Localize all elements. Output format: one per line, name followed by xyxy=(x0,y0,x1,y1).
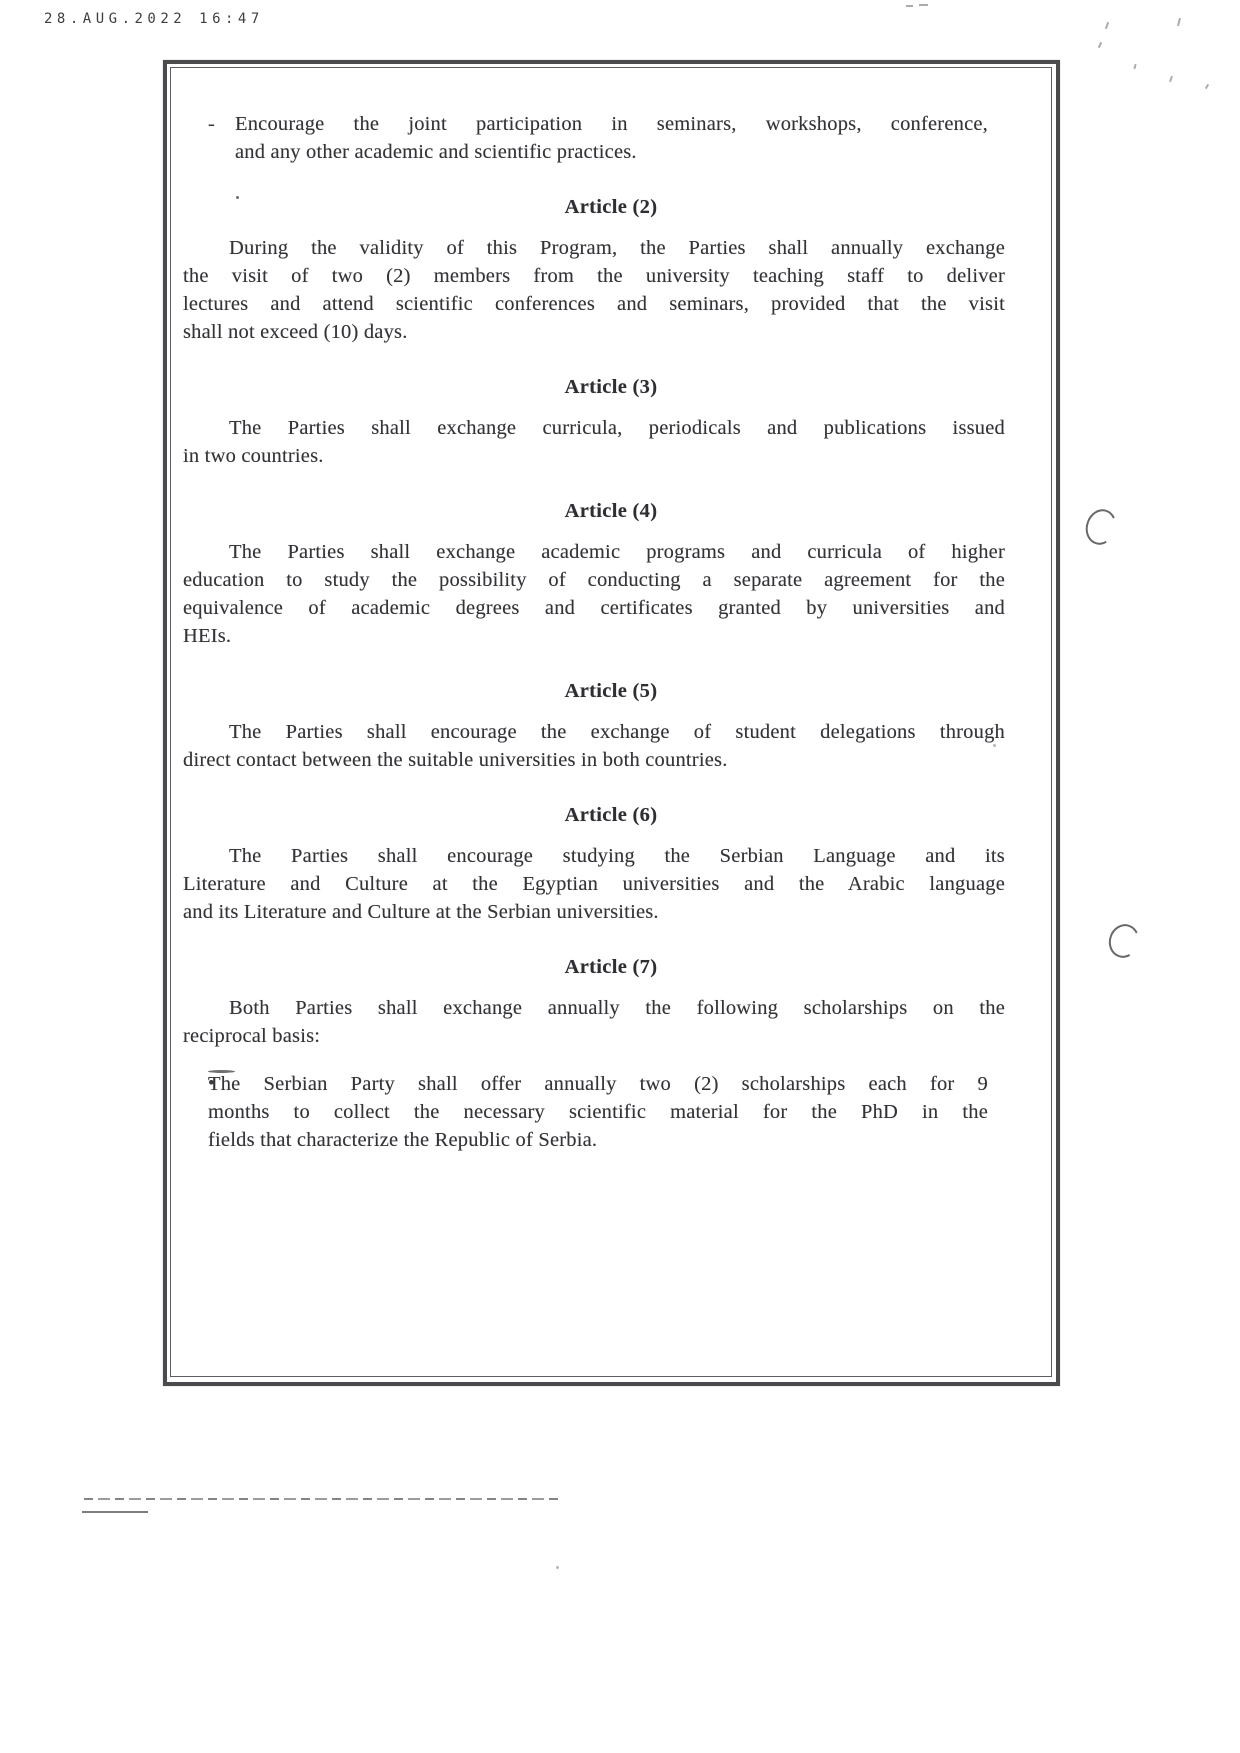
scan-speckle xyxy=(556,1566,559,1569)
list-item-joint-participation: - Encourage the joint participation in s… xyxy=(183,110,1005,166)
dash-bullet-marker: - xyxy=(208,110,235,166)
article-7-paragraph: Both Parties shall exchange annually the… xyxy=(183,994,1005,1050)
scan-speckle xyxy=(1169,76,1173,82)
article-4-heading: Article (4) xyxy=(183,497,1005,525)
article-6-paragraph: The Parties shall encourage studying the… xyxy=(183,842,1005,926)
article-7-heading: Article (7) xyxy=(183,953,1005,981)
article-6-heading: Article (6) xyxy=(183,801,1005,829)
scanned-fax-page: 28.AUG.2022 16:47 - Encourage the joint … xyxy=(0,0,1240,1753)
scan-speckle xyxy=(1098,42,1102,48)
article-4-paragraph: The Parties shall exchange academic prog… xyxy=(183,538,1005,650)
document-content: - Encourage the joint participation in s… xyxy=(167,64,1056,1154)
scan-speckle xyxy=(1177,18,1181,26)
document-border-frame: - Encourage the joint participation in s… xyxy=(163,60,1060,1386)
article-2-heading: Article (2) xyxy=(183,193,1005,221)
scan-speckle xyxy=(1205,84,1209,89)
scan-speckle xyxy=(1133,64,1136,69)
list-item-text: The Serbian Party shall offer annually t… xyxy=(208,1070,988,1154)
list-item-serbian-scholarships: • The Serbian Party shall offer annually… xyxy=(183,1070,1005,1154)
scan-speckle xyxy=(919,4,928,6)
margin-mark-c xyxy=(1081,505,1121,549)
fax-artifact-line xyxy=(84,1498,558,1500)
scan-speckle xyxy=(1105,22,1109,29)
fax-artifact-line-short xyxy=(82,1511,148,1513)
dot-bullet-marker: • xyxy=(208,1070,235,1073)
scan-speckle xyxy=(906,5,913,7)
article-5-paragraph: The Parties shall encourage the exchange… xyxy=(183,718,1005,774)
article-5-heading: Article (5) xyxy=(183,677,1005,705)
article-3-heading: Article (3) xyxy=(183,373,1005,401)
list-item-text: Encourage the joint participation in sem… xyxy=(235,110,988,166)
margin-mark-c xyxy=(1104,920,1143,962)
article-2-paragraph: During the validity of this Program, the… xyxy=(183,234,1005,346)
article-3-paragraph: The Parties shall exchange curricula, pe… xyxy=(183,414,1005,470)
fax-timestamp: 28.AUG.2022 16:47 xyxy=(44,11,264,27)
